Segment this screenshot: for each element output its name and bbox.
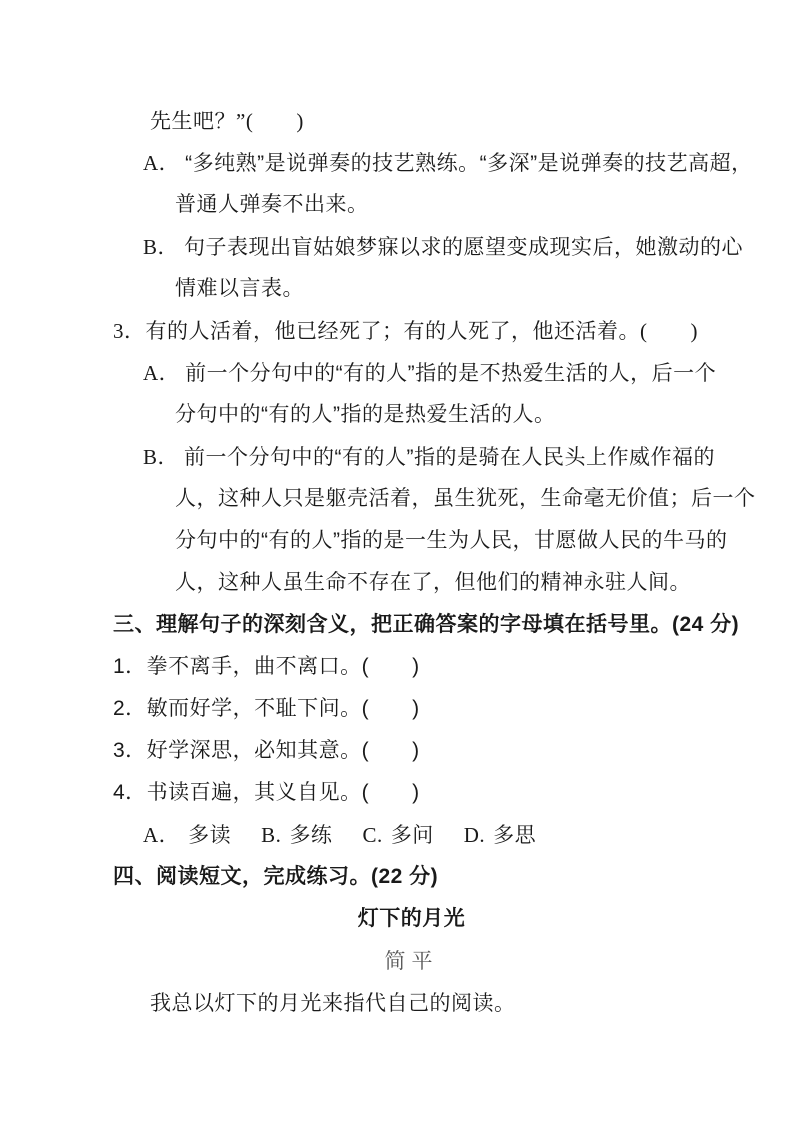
choice-c-text: 多问	[391, 823, 434, 847]
section3-heading: 三、理解句子的深刻含义，把正确答案的字母填在括号里。(24 分)	[113, 604, 710, 646]
choice-d-label: D.	[464, 823, 485, 847]
section3-item-2: 2．敏而好学，不耻下问。( )	[113, 688, 710, 730]
section4-heading: 四、阅读短文，完成练习。(22 分)	[113, 856, 710, 898]
q3-option-b-continuation-1: 人，这种人只是躯壳活着，虽生犹死，生命毫无价值；后一个	[175, 478, 710, 520]
choice-b: B.多练	[261, 814, 332, 856]
choice-d-text: 多思	[493, 823, 536, 847]
q2-option-b: B．句子表现出盲姑娘梦寐以求的愿望变成现实后，她激动的心	[143, 226, 710, 268]
q2-option-a-label: A．	[143, 151, 180, 175]
q2-option-b-continuation: 情难以言表。	[175, 268, 710, 310]
choice-c-label: C.	[362, 823, 382, 847]
q3-stem: 3．有的人活着，他已经死了；有的人死了，他还活着。( )	[113, 310, 710, 352]
choice-a: A．多读	[143, 814, 231, 856]
choice-c: C.多问	[362, 814, 433, 856]
choice-b-text: 多练	[289, 823, 332, 847]
q2-option-a: A．“多纯熟”是说弹奏的技艺熟练。“多深”是说弹奏的技艺高超，	[143, 142, 710, 184]
q3-option-b-text: 前一个分句中的“有的人”指的是骑在人民头上作威作福的	[184, 446, 715, 469]
section3-item-1: 1．拳不离手，曲不离口。( )	[113, 646, 710, 688]
q2-stem-continuation: 先生吧？”( )	[150, 100, 710, 142]
q3-option-a: A．前一个分句中的“有的人”指的是不热爱生活的人，后一个	[143, 352, 710, 394]
choice-b-label: B.	[261, 823, 281, 847]
passage-author: 简平	[113, 940, 710, 982]
choice-a-text: 多读	[188, 823, 231, 847]
q3-option-b: B．前一个分句中的“有的人”指的是骑在人民头上作威作福的	[143, 436, 710, 478]
choice-d: D.多思	[464, 814, 536, 856]
q2-option-a-text: “多纯熟”是说弹奏的技艺熟练。“多深”是说弹奏的技艺高超，	[185, 152, 752, 175]
choice-a-label: A．	[143, 823, 180, 847]
section3-choice-row: A．多读 B.多练 C.多问 D.多思	[143, 814, 710, 856]
q2-option-b-label: B．	[143, 235, 179, 259]
q3-option-a-continuation: 分句中的“有的人”指的是热爱生活的人。	[175, 394, 710, 436]
q3-option-b-continuation-2: 分句中的“有的人”指的是一生为人民，甘愿做人民的牛马的	[175, 520, 710, 562]
q3-option-b-label: B．	[143, 445, 179, 469]
section3-item-4: 4．书读百遍，其义自见。( )	[113, 772, 710, 814]
worksheet-page: 先生吧？”( ) A．“多纯熟”是说弹奏的技艺熟练。“多深”是说弹奏的技艺高超，…	[0, 0, 793, 1122]
q2-option-b-text: 句子表现出盲姑娘梦寐以求的愿望变成现实后，她激动的心	[184, 236, 743, 259]
q3-option-a-label: A．	[143, 361, 180, 385]
q3-option-a-text: 前一个分句中的“有的人”指的是不热爱生活的人，后一个	[185, 362, 716, 385]
q2-option-a-continuation: 普通人弹奏不出来。	[175, 184, 710, 226]
section3-item-3: 3．好学深思，必知其意。( )	[113, 730, 710, 772]
passage-title: 灯下的月光	[113, 898, 710, 940]
q3-option-b-continuation-3: 人，这种人虽生命不存在了，但他们的精神永驻人间。	[175, 562, 710, 604]
passage-first-line: 我总以灯下的月光来指代自己的阅读。	[150, 982, 710, 1024]
